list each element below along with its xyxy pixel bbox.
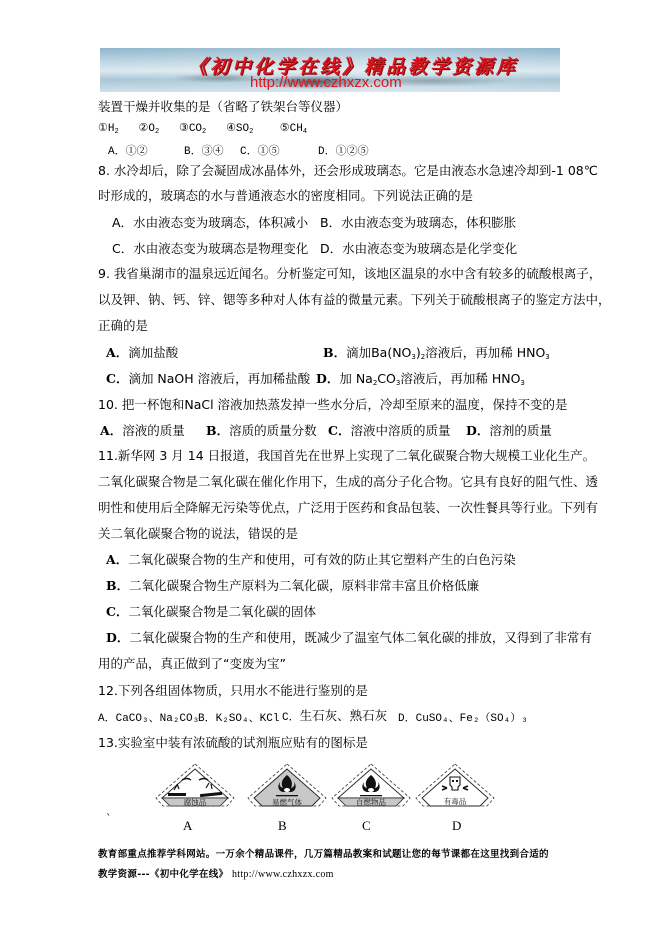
q9-option-a: A．滴加盐酸 [106, 345, 178, 361]
sign-a: 腐蚀品 [154, 762, 236, 814]
gas-1: ①H2 [98, 123, 119, 135]
q7-option-c: C．①⑤ [240, 142, 280, 158]
q11-stem-line2: 二氧化碳聚合物是二氧化碳在催化作用下，生成的高分子化合物。它具有良好的阻气性、透 [98, 474, 598, 490]
svg-text:有毒品: 有毒品 [444, 796, 467, 806]
q8-option-c: C．水由液态变为玻璃态是物理变化 [112, 241, 308, 257]
q11-option-b: B．二氧化碳聚合物生产原料为二氧化碳，原料非常丰富且价格低廉 [106, 578, 479, 594]
q7-option-d: D．①②⑤ [318, 142, 369, 158]
gas-2: ②O2 [138, 123, 159, 135]
q9-stem-line2: 以及钾、钠、钙、锌、锶等多种对人体有益的微量元素。下列关于硫酸根离子的鉴定方法中… [98, 292, 611, 308]
q11-option-a: A．二氧化碳聚合物的生产和使用，可有效的防止其它塑料产生的白色污染 [106, 552, 516, 568]
sign-label-d: D [452, 818, 461, 834]
footer-url-link[interactable]: http://www.czhxzx.com [232, 869, 334, 880]
q11-option-c: C．二氧化碳聚合物是二氧化碳的固体 [106, 604, 316, 620]
q12-stem: 12.下列各组固体物质，只用水不能进行鉴别的是 [98, 683, 368, 699]
q9-option-b: B．滴加Ba(NO3)2溶液后，再加稀 HNO3 [323, 345, 550, 361]
svg-text:腐蚀品: 腐蚀品 [184, 797, 207, 807]
q10-option-d: D．溶剂的质量 [466, 423, 552, 439]
sign-c: 自燃物品 [330, 762, 412, 814]
sign-d: 有毒品 [414, 762, 496, 814]
gas-5: ⑤CH4 [280, 123, 307, 135]
flame-icon: 易燃气体 [246, 762, 328, 814]
sign-label-c: C [362, 818, 371, 834]
svg-text:易燃气体: 易燃气体 [272, 797, 302, 807]
q8-stem-line2: 时形成的，玻璃态的水与普通液态水的密度相同。下列说法正确的是 [98, 188, 473, 204]
stray-mark: ` [106, 812, 112, 825]
q9-option-d: D．加 Na2CO3溶液后，再加稀 HNO3 [316, 371, 525, 387]
sign-label-a: A [183, 818, 192, 834]
q9-stem-line3: 正确的是 [98, 318, 148, 334]
q12-option-c: C．生石灰、熟石灰 [282, 708, 387, 726]
corrosive-icon: 腐蚀品 [154, 762, 236, 814]
q7-gas-list: ①H2 ②O2 ③CO2 ④SO2 ⑤CH4 [98, 121, 307, 137]
q9-option-c: C．滴加 NaOH 溶液后，再加稀盐酸 [106, 371, 310, 387]
q9-stem-line1: 9. 我省巢湖市的温泉远近闻名。分析鉴定可知，该地区温泉的水中含有较多的硫酸根离… [98, 266, 601, 282]
sign-label-b: B [278, 818, 287, 834]
q7-option-b: B．③④ [184, 142, 224, 158]
sign-b: 易燃气体 [246, 762, 328, 814]
q11-option-d-continued: 用的产品，真正做到了“变废为宝” [98, 656, 286, 672]
q8-option-a: A．水由液态变为玻璃态，体积减小 [112, 215, 308, 231]
q10-stem: 10. 把一杯饱和NaCl 溶液加热蒸发掉一些水分后，冷却至原来的温度，保持不变… [98, 397, 568, 413]
q11-stem-line4: 关二氧化碳聚合物的说法，错误的是 [98, 526, 298, 542]
hazard-signs: 腐蚀品 易燃气体 自燃物品 [150, 762, 510, 820]
skull-icon: 有毒品 [414, 762, 496, 814]
q12-option-d: D．CuSO₄、Fe₂（SO₄）₃ [398, 709, 528, 725]
q12-option-a: A．CaCO₃、Na₂CO₃ [98, 709, 199, 725]
footer-resource-text: 教学资源---《初中化学在线》 [98, 869, 228, 880]
svg-text:自燃物品: 自燃物品 [356, 797, 386, 807]
q12-option-b: B．K₂SO₄、KCl [198, 709, 279, 725]
q8-option-b: B．水由液态变为玻璃态，体积膨胀 [320, 215, 516, 231]
q11-option-d: D．二氧化碳聚合物的生产和使用，既减少了温室气体二氧化碳的排放，又得到了非常有 [106, 630, 592, 646]
flame-icon: 自燃物品 [330, 762, 412, 814]
q10-option-a: A．溶液的质量 [100, 423, 185, 439]
footer-line1: 教育部重点推荐学科网站。一万余个精品课件，几万篇精品教案和试题让您的每节课都在这… [98, 848, 549, 861]
gas-3: ③CO2 [179, 123, 206, 135]
q11-stem-line1: 11.新华网 3 月 14 日报道，我国首先在世界上实现了二氧化碳聚合物大规模工… [98, 448, 595, 464]
q11-stem-line3: 明性和使用后全降解无污染等优点，广泛用于医药和食品包装、一次性餐具等行业。下列有 [98, 500, 598, 516]
banner-url: http://www.czhxzx.com [250, 74, 402, 91]
q8-stem-line1: 8. 水冷却后，除了会凝固成冰晶体外，还会形成玻璃态。它是由液态水急速冷却到-1… [98, 163, 598, 179]
q10-option-b: B．溶质的质量分数 [206, 423, 317, 439]
footer-line2: 教学资源---《初中化学在线》 http://www.czhxzx.com [98, 868, 334, 881]
q7-stem: 装置干燥并收集的是（省略了铁架台等仪器） [98, 99, 348, 115]
q10-option-c: C．溶液中溶质的质量 [328, 423, 450, 439]
q13-stem: 13.实验室中装有浓硫酸的试剂瓶应贴有的图标是 [98, 735, 368, 751]
header-banner: 《初中化学在线》精品教学资源库 http://www.czhxzx.com [100, 48, 560, 92]
q7-option-a: A．①② [108, 142, 148, 158]
q8-option-d: D．水由液态变为玻璃态是化学变化 [320, 241, 517, 257]
gas-4: ④SO2 [226, 123, 253, 135]
